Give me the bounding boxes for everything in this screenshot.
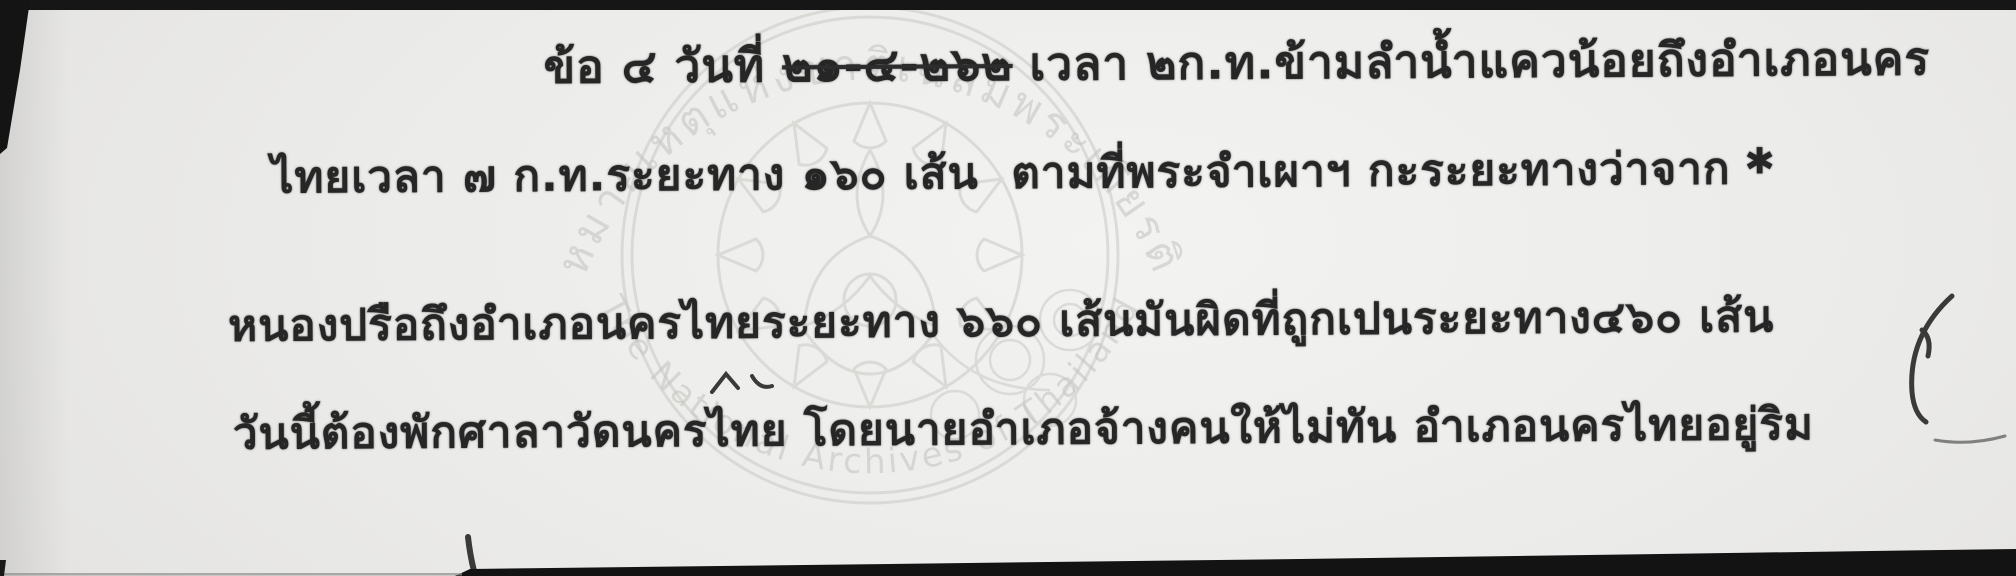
line1-prefix: ข้อ ๔ วันที่ xyxy=(543,38,782,93)
struck-out-date: ๒๑-๔-๒๖๒ xyxy=(782,37,1013,92)
footnote-star-mark: ✱ xyxy=(1744,141,1775,182)
line1-suffix: เวลา ๒ก.ท.ข้ามลำน้ำแควน้อยถึงอำเภอนคร xyxy=(1012,31,1930,91)
text-line-2: ไทยเวลา ๗ ก.ท.ระยะทาง ๑๖๐ เส้น ตามที่พระ… xyxy=(271,133,1776,212)
typewritten-text-layer: ข้อ ๔ วันที่ ๒๑-๔-๒๖๒ เวลา ๒ก.ท.ข้ามลำน้… xyxy=(0,0,2016,576)
text-line-4: วันนี้ต้องพักศาลาวัดนครไทย โดยนายอำเภอจ้… xyxy=(233,389,1815,469)
archival-document-scan: หมายเหตุแห่งชาติเฉลิมพระเกียรติ The Nati… xyxy=(0,0,2016,576)
line4-text: วันนี้ต้องพักศาลาวัดนครไทย โดยนายอำเภอจ้… xyxy=(233,399,1814,460)
text-line-3: หนองปรือถึงอำเภอนครไทยระยะทาง ๖๖๐ เส้นมั… xyxy=(228,281,1774,360)
line2-text: ไทยเวลา ๗ ก.ท.ระยะทาง ๑๖๐ เส้น ตามที่พระ… xyxy=(271,144,1731,204)
text-line-1: ข้อ ๔ วันที่ ๒๑-๔-๒๖๒ เวลา ๒ก.ท.ข้ามลำน้… xyxy=(543,22,1930,103)
line3-text: หนองปรือถึงอำเภอนครไทยระยะทาง ๖๖๐ เส้นมั… xyxy=(228,291,1774,351)
